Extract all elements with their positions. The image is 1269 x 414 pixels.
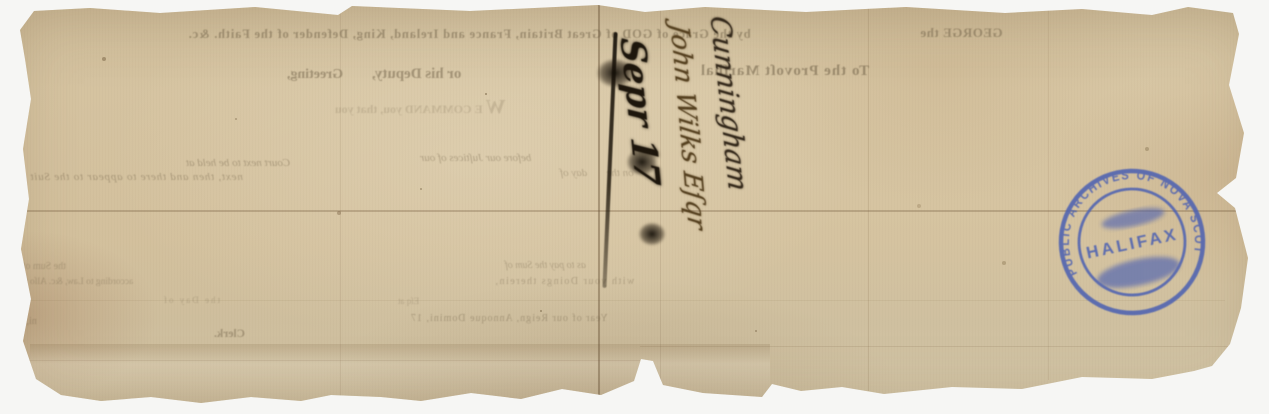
bottom-fold-flap [30, 344, 770, 410]
stamp-center-text: HALIFAX [1084, 224, 1180, 262]
printed-clerk-signature-label: Clerk. [214, 328, 245, 340]
printed-royal-title-start: GEORGE the [920, 25, 1003, 41]
printed-court-fragment: Court next to be held at [186, 157, 290, 169]
printed-day-fragment: the Day of [162, 295, 220, 305]
scanned-document: GEORGE the by the Grace of GOD of Great … [0, 0, 1269, 414]
printed-doings-fragment: with your Doings therein, [494, 276, 634, 287]
printed-day-of-fragment: on the day of [560, 167, 634, 179]
fold-crease-vertical [660, 8, 661, 388]
paper-sheet: GEORGE the by the Grace of GOD of Great … [0, 0, 1269, 414]
printed-domini-end-fragment: ni, 17 [14, 316, 37, 327]
ink-blot [638, 222, 666, 246]
printed-regnal-year-fragment: Year of our Reign, Annoque Domini, 17 [410, 313, 608, 324]
printed-command-line: W E COMMAND you, that you [335, 96, 506, 119]
ink-blot [626, 148, 658, 176]
archives-stamp: PUBLIC ARCHIVES OF NOVA SCOTIA HALIFAX [1032, 142, 1232, 342]
printed-pay-sum-fragment: as to pay the Sum of [505, 260, 586, 271]
ink-blot [596, 58, 634, 88]
printed-address-deputy: or his Deputy, [372, 66, 461, 83]
printed-justices-fragment: before our Juſtices of our [420, 152, 531, 164]
printed-esq-fragment: Eſq at [398, 296, 419, 306]
printed-according-law-fragment: according to Law, &c. Alſo the [16, 277, 133, 287]
fold-crease-vertical [340, 6, 341, 406]
printed-suit-fragment: next, then and there to appear to the Su… [16, 171, 243, 183]
printed-greeting: Greeting, [287, 67, 343, 83]
foxing-specks [0, 0, 2, 2]
printed-sum-end-fragment: the Sum of [22, 261, 66, 272]
fold-crease-horizontal [640, 346, 1230, 347]
fold-crease-horizontal [25, 360, 640, 361]
